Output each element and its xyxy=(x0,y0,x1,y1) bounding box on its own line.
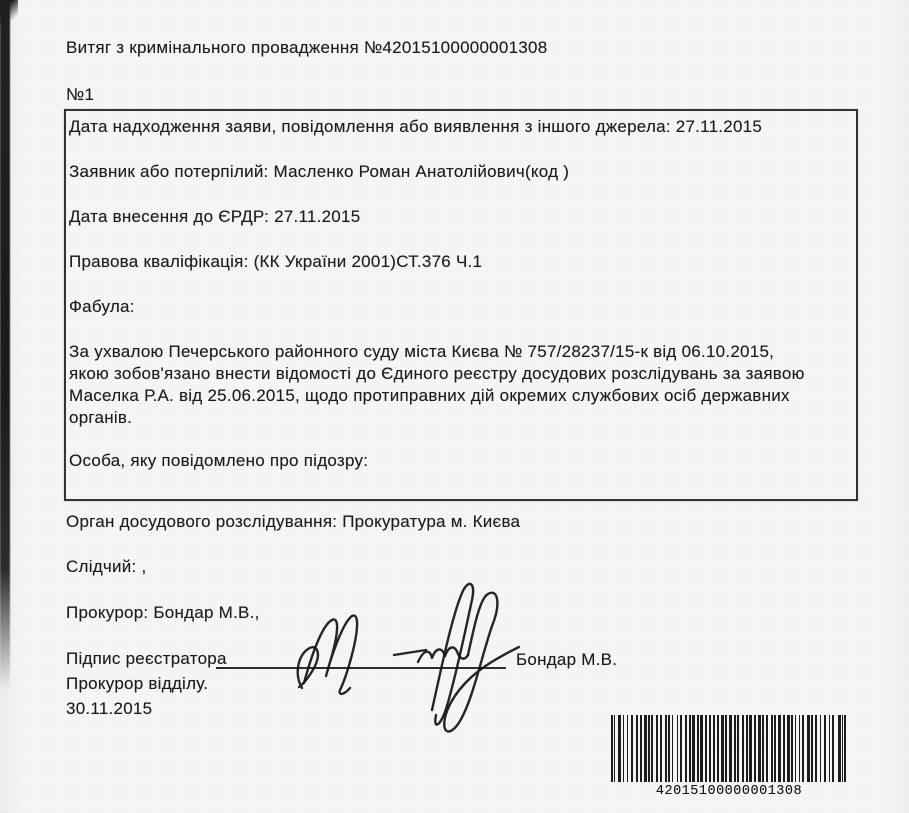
fabula-line: Маселка Р.А. від 25.06.2015, щодо протип… xyxy=(69,385,850,407)
field-erdr-date: Дата внесення до ЄРДР: 27.11.2015 xyxy=(69,206,850,228)
investigator-line: Слідчий: , xyxy=(66,556,146,578)
barcode-bars xyxy=(611,715,847,782)
form-number: №1 xyxy=(66,84,94,106)
field-applicant: Заявник або потерпілий: Масленко Роман А… xyxy=(69,161,850,183)
investigation-body-line: Орган досудового розслідування: Прокурат… xyxy=(66,511,520,533)
handwritten-signature xyxy=(290,578,520,744)
fabula-line: органів. xyxy=(69,407,850,429)
scan-edge-shadow xyxy=(0,0,10,696)
case-details-box: Дата надходження заяви, повідомлення або… xyxy=(64,109,858,501)
fabula-line: За ухвалою Печерського районного суду мі… xyxy=(69,341,850,363)
scan-corner-shadow xyxy=(0,0,18,26)
registrar-signature-label: Підпис реєстратора xyxy=(66,648,227,670)
registrar-signature-name: Бондар М.В. xyxy=(516,649,617,671)
registration-date: 30.11.2015 xyxy=(66,698,152,720)
barcode-value: 42015100000001308 xyxy=(611,784,847,799)
field-receipt-date: Дата надходження заяви, повідомлення або… xyxy=(69,116,850,138)
document-title: Витяг з кримінального провадження №42015… xyxy=(66,37,547,59)
field-fabula-label: Фабула: xyxy=(69,296,850,318)
scanned-document-page: Витяг з кримінального провадження №42015… xyxy=(0,0,909,813)
fabula-paragraph: За ухвалою Печерського районного суду мі… xyxy=(69,341,850,429)
position-line: Прокурор відділу. xyxy=(66,673,208,695)
case-barcode: 42015100000001308 xyxy=(611,715,847,801)
field-legal-qualification: Правова кваліфікація: (КК України 2001)С… xyxy=(69,251,850,273)
prosecutor-line: Прокурор: Бондар М.В., xyxy=(66,602,260,624)
fabula-line: якою зобов'язано внести відомості до Єди… xyxy=(69,363,850,385)
field-suspect-label: Особа, яку повідомлено про підозру: xyxy=(69,450,850,472)
